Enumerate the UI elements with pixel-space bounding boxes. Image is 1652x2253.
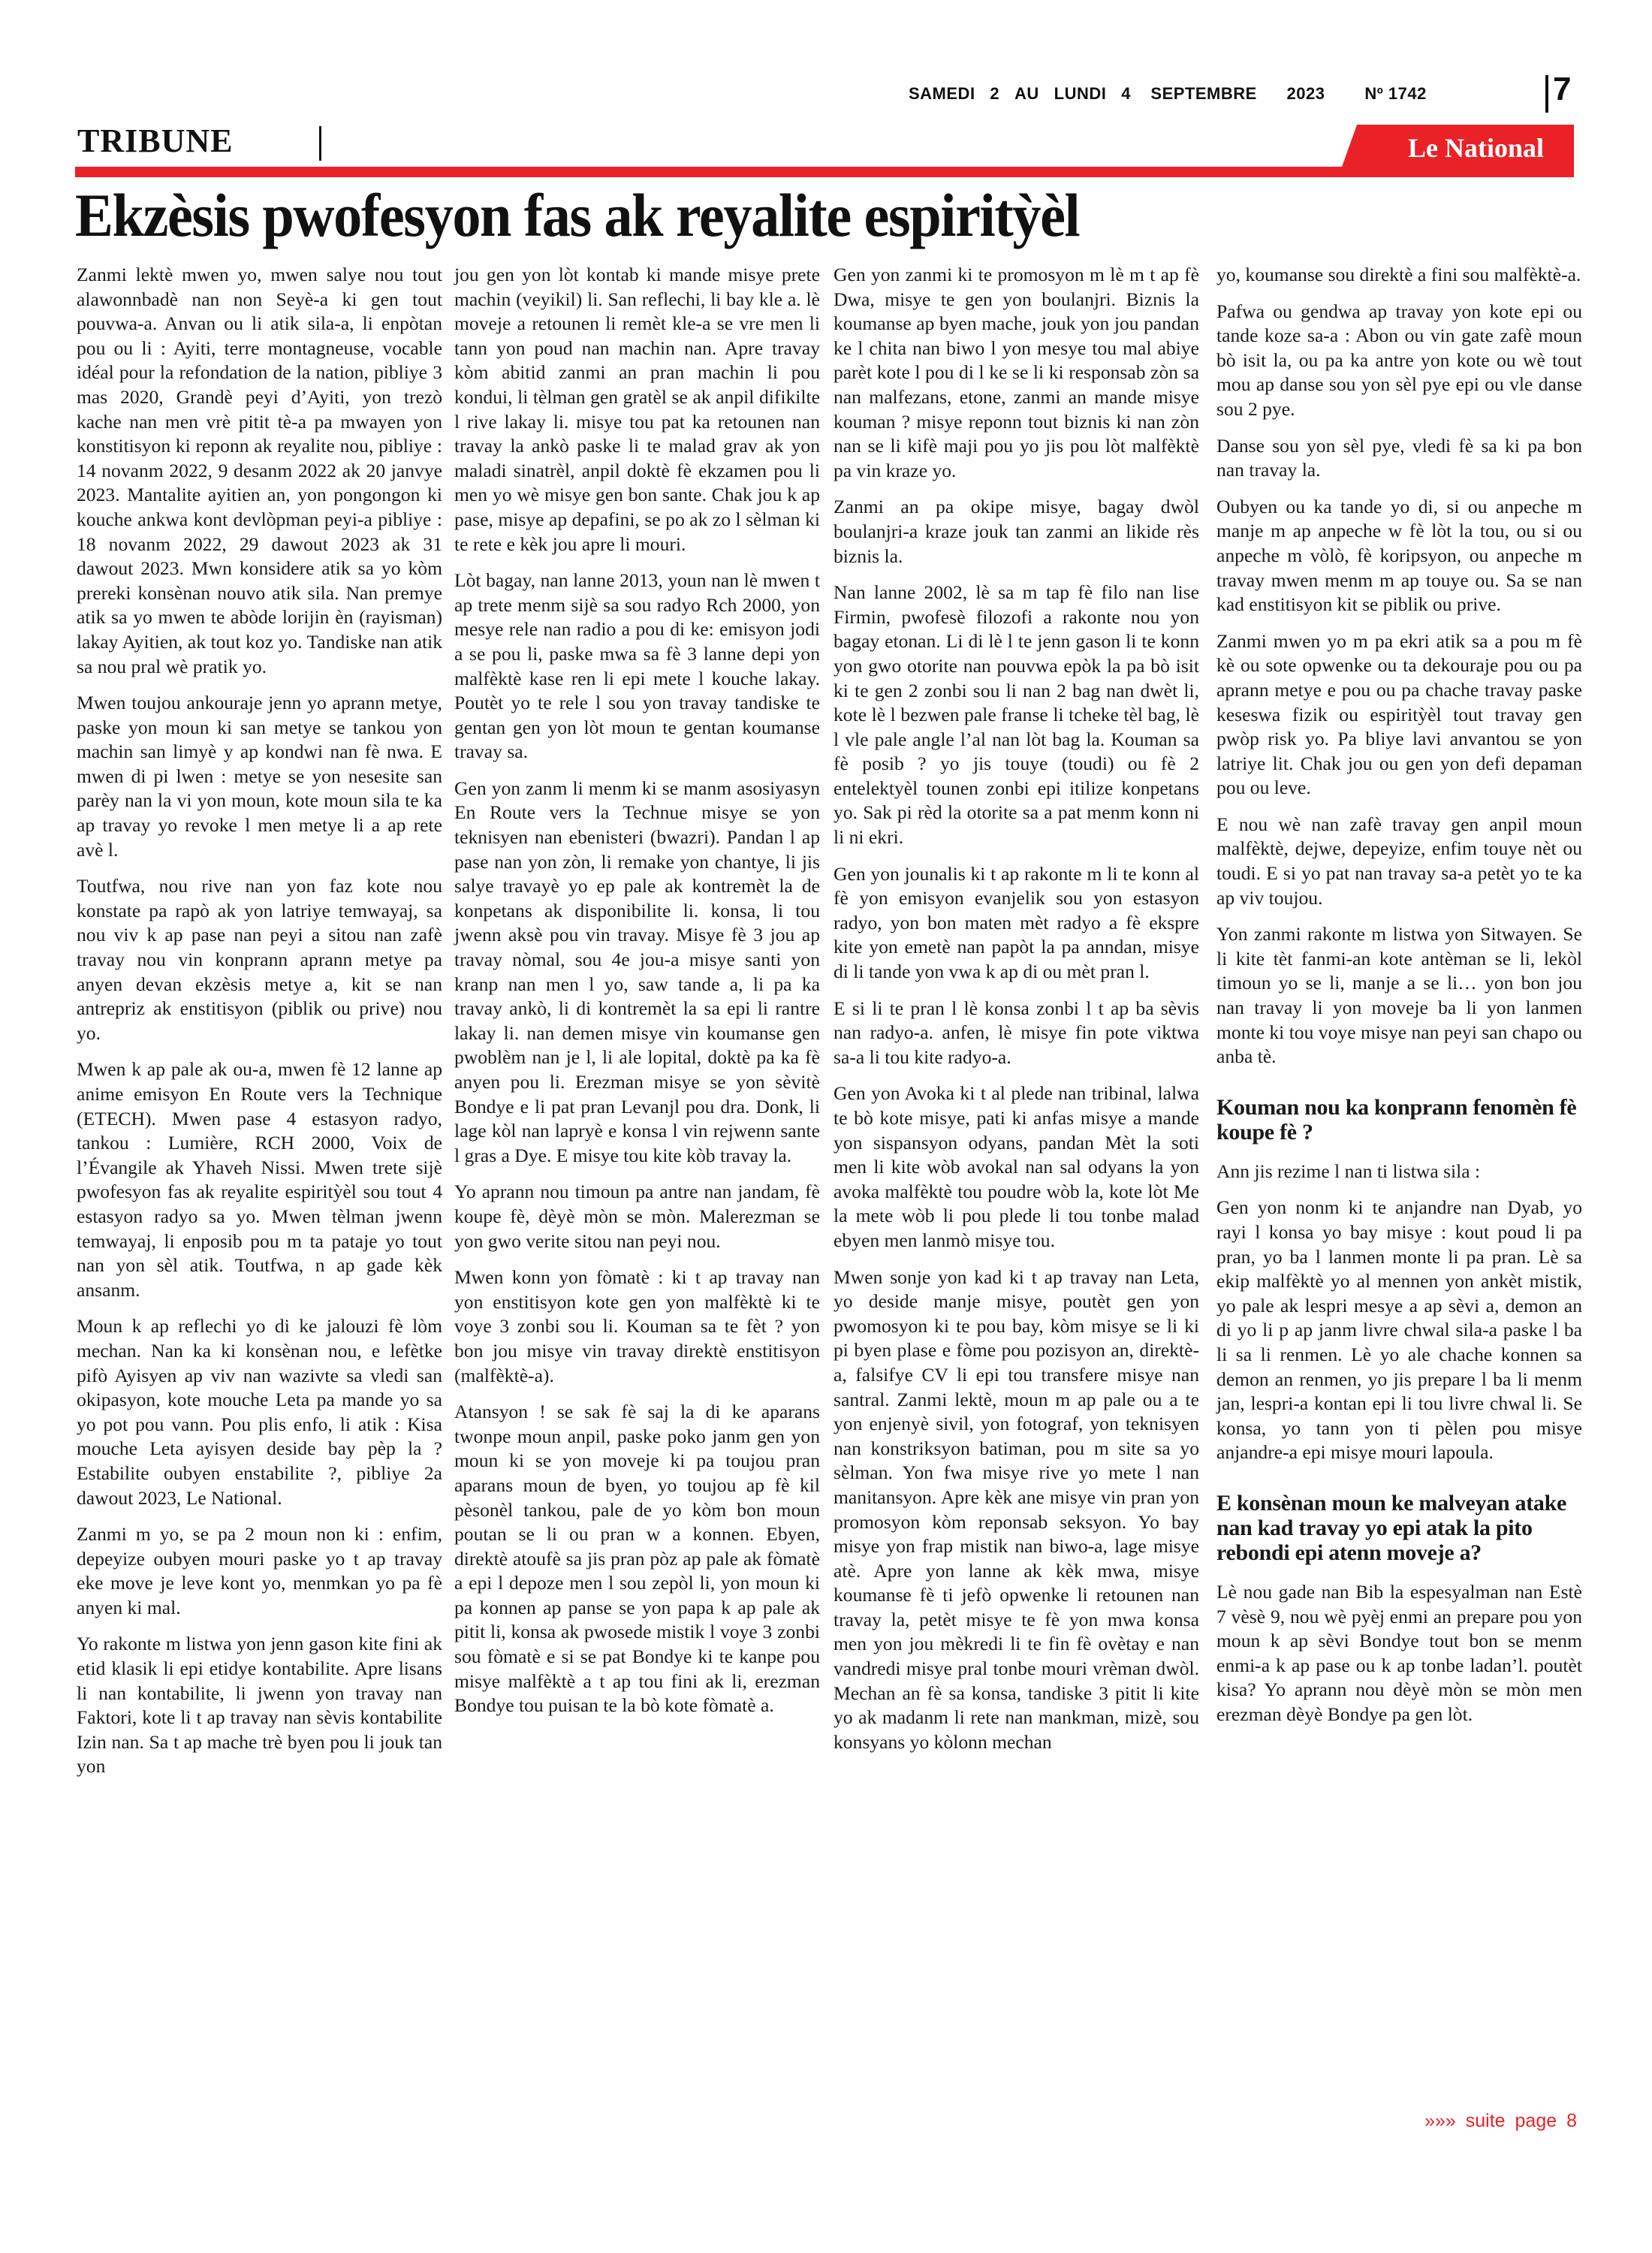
paragraph: Mwen toujou ankouraje jenn yo aprann met… — [77, 691, 442, 862]
paragraph: Gen yon jounalis ki t ap rakonte m li te… — [834, 862, 1199, 985]
date-day: SAMEDI — [909, 84, 975, 104]
paragraph: Lè nou gade nan Bib la espesyalman nan E… — [1216, 1580, 1582, 1727]
paragraph: Zanmi mwen yo m pa ekri atik sa a pou m … — [1216, 629, 1582, 801]
page-number: 7 — [1553, 71, 1571, 108]
paragraph: yo, koumanse sou direktè a fini sou malf… — [1216, 263, 1582, 288]
paragraph: Yon zanmi rakonte m listwa yon Sitwayen.… — [1216, 922, 1582, 1069]
paragraph: Mwen konn yon fòmatè : ki t ap travay na… — [454, 1265, 820, 1388]
paragraph: jou gen yon lòt kontab ki mande misye pr… — [454, 263, 820, 556]
date-au: AU — [1014, 84, 1039, 104]
date-day-end: LUNDI — [1054, 84, 1107, 104]
paragraph: Toutfwa, nou rive nan yon faz kote nou k… — [77, 874, 442, 1045]
paragraph: Danse sou yon sèl pye, vledi fè sa ki pa… — [1216, 434, 1582, 483]
paragraph: E si li te pran l lè konsa zonbi l t ap … — [834, 997, 1199, 1070]
continuation-link[interactable]: »»» suite page 8 — [1424, 2110, 1577, 2132]
section-label: TRIBUNE — [77, 122, 234, 160]
subheading: E konsènan moun ke malveyan atake nan ka… — [1216, 1491, 1582, 1565]
paragraph: Yo rakonte m listwa yon jenn gason kite … — [77, 1632, 442, 1779]
paragraph: Mwen sonje yon kad ki t ap travay nan Le… — [834, 1265, 1199, 1755]
paragraph: Gen yon zanmi ki te promosyon m lè m t a… — [834, 263, 1199, 483]
article-column-3: Gen yon zanmi ki te promosyon m lè m t a… — [834, 263, 1199, 1766]
paragraph: Yo aprann nou timoun pa antre nan jandam… — [454, 1180, 820, 1253]
paragraph: Atansyon ! se sak fè saj la di ke aparan… — [454, 1400, 820, 1718]
subheading: Kouman nou ka konprann fenomèn fè koupe … — [1216, 1095, 1582, 1145]
paragraph: Zanmi an pa okipe misye, bagay dwòl boul… — [834, 495, 1199, 569]
paragraph: Mwen k ap pale ak ou-a, mwen fè 12 lanne… — [77, 1057, 442, 1302]
paragraph: Gen yon zanm li menm ki se manm asosiyas… — [454, 777, 820, 1169]
issue-number: Nº 1742 — [1364, 84, 1426, 104]
date-month: SEPTEMBRE — [1150, 84, 1256, 104]
paragraph: Zanmi lektè mwen yo, mwen salye nou tout… — [77, 263, 442, 679]
paragraph: Ann jis rezime l nan ti listwa sila : — [1216, 1160, 1582, 1184]
brand-tab: Le National — [1338, 125, 1574, 177]
paragraph: Pafwa ou gendwa ap travay yon kote epi o… — [1216, 300, 1582, 422]
page-number-divider — [1545, 75, 1548, 113]
paragraph: Lòt bagay, nan lanne 2013, youn nan lè m… — [454, 569, 820, 765]
paragraph: Zanmi m yo, se pa 2 moun non ki : enfim,… — [77, 1522, 442, 1620]
article-headline: Ekzèsis pwofesyon fas ak reyalite espiri… — [75, 180, 1079, 251]
paragraph: Oubyen ou ka tande yo di, si ou anpeche … — [1216, 495, 1582, 617]
date-num-start: 2 — [990, 84, 999, 104]
issue-dateline: SAMEDI 2 AU LUNDI 4 SEPTEMBRE 2023 Nº 17… — [909, 84, 1427, 104]
paragraph: Gen yon Avoka ki t al plede nan tribinal… — [834, 1081, 1199, 1253]
article-column-2: jou gen yon lòt kontab ki mande misye pr… — [454, 263, 820, 1730]
article-column-4: yo, koumanse sou direktè a fini sou malf… — [1216, 263, 1582, 1739]
paragraph: Gen yon nonm ki te anjandre nan Dyab, yo… — [1216, 1196, 1582, 1465]
section-divider — [319, 126, 321, 161]
date-year: 2023 — [1287, 84, 1325, 104]
article-column-1: Zanmi lektè mwen yo, mwen salye nou tout… — [77, 263, 442, 1791]
paragraph: Nan lanne 2002, lè sa m tap fè filo nan … — [834, 581, 1199, 850]
brand-name: Le National — [1408, 132, 1544, 164]
paragraph: Moun k ap reflechi yo di ke jalouzi fè l… — [77, 1314, 442, 1510]
paragraph: E nou wè nan zafè travay gen anpil moun … — [1216, 813, 1582, 910]
date-num-end: 4 — [1121, 84, 1131, 104]
